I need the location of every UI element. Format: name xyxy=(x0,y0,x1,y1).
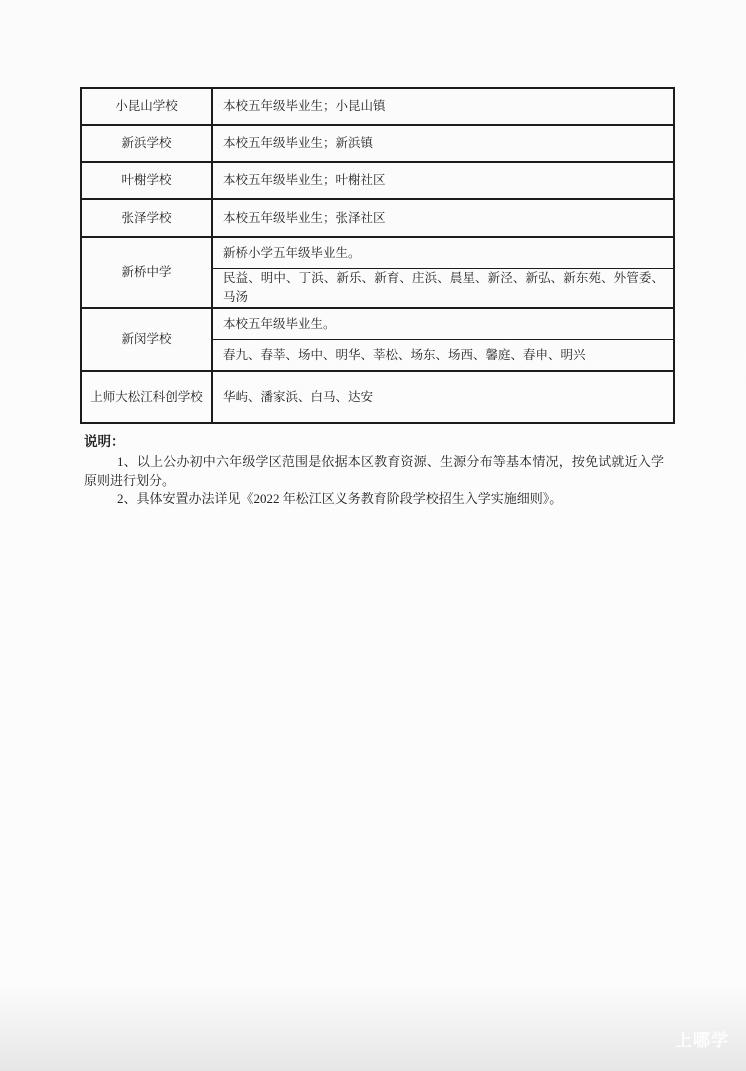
district-text: 春九、春莘、场中、明华、莘松、场东、场西、馨庭、春申、明兴 xyxy=(213,339,673,370)
table-row: 叶榭学校 本校五年级毕业生；叶榭社区 xyxy=(82,161,673,198)
district-text-line: 本校五年级毕业生；新浜镇 xyxy=(223,134,664,153)
note-item-1: 1、以上公办初中六年级学区范围是依据本区教育资源、生源分布等基本情况，按免试就近… xyxy=(84,453,664,490)
district-text-line: 本校五年级毕业生；叶榭社区 xyxy=(223,171,664,190)
district-cell: 华屿、潘家浜、白马、达安 xyxy=(213,372,673,422)
district-text-line: 民益、明中、丁浜、新乐、新育、庄浜、晨星、新泾、新弘、新东苑、外管委、马汤 xyxy=(223,269,664,307)
watermark-logo: 上哪学 xyxy=(675,1026,729,1051)
school-name-cell: 叶榭学校 xyxy=(82,163,213,198)
table-row: 新浜学校 本校五年级毕业生；新浜镇 xyxy=(82,124,673,161)
table-row: 新桥中学 新桥小学五年级毕业生。 民益、明中、丁浜、新乐、新育、庄浜、晨星、新泾… xyxy=(82,236,673,307)
district-text: 本校五年级毕业生；新浜镇 xyxy=(213,126,673,161)
note-item-2: 2、具体安置办法详见《2022 年松江区义务教育阶段学校招生入学实施细则》。 xyxy=(84,490,664,509)
school-name-cell: 新桥中学 xyxy=(82,238,213,307)
table-row: 小昆山学校 本校五年级毕业生；小昆山镇 xyxy=(82,89,673,124)
table-row: 新闵学校 本校五年级毕业生。 春九、春莘、场中、明华、莘松、场东、场西、馨庭、春… xyxy=(82,307,673,370)
district-cell: 本校五年级毕业生；叶榭社区 xyxy=(213,163,673,198)
school-district-table: 小昆山学校 本校五年级毕业生；小昆山镇 新浜学校 本校五年级毕业生；新浜镇 叶榭… xyxy=(80,87,675,424)
district-text: 民益、明中、丁浜、新乐、新育、庄浜、晨星、新泾、新弘、新东苑、外管委、马汤 xyxy=(213,268,673,307)
district-text-line: 本校五年级毕业生；小昆山镇 xyxy=(223,97,664,116)
district-text: 新桥小学五年级毕业生。 xyxy=(213,238,673,268)
document-page: 小昆山学校 本校五年级毕业生；小昆山镇 新浜学校 本校五年级毕业生；新浜镇 叶榭… xyxy=(0,0,746,1071)
district-text-line: 本校五年级毕业生；张泽社区 xyxy=(223,209,664,228)
notes-heading: 说明： xyxy=(84,432,664,451)
district-cell: 本校五年级毕业生；新浜镇 xyxy=(213,126,673,161)
district-text: 本校五年级毕业生；小昆山镇 xyxy=(213,89,673,124)
district-cell: 本校五年级毕业生；张泽社区 xyxy=(213,200,673,236)
district-cell: 本校五年级毕业生；小昆山镇 xyxy=(213,89,673,124)
district-cell: 新桥小学五年级毕业生。 民益、明中、丁浜、新乐、新育、庄浜、晨星、新泾、新弘、新… xyxy=(213,238,673,307)
school-name-cell: 上师大松江科创学校 xyxy=(82,372,213,422)
school-name-cell: 小昆山学校 xyxy=(82,89,213,124)
school-name-cell: 新闵学校 xyxy=(82,309,213,370)
district-cell: 本校五年级毕业生。 春九、春莘、场中、明华、莘松、场东、场西、馨庭、春申、明兴 xyxy=(213,309,673,370)
school-name-cell: 张泽学校 xyxy=(82,200,213,236)
table-row: 上师大松江科创学校 华屿、潘家浜、白马、达安 xyxy=(82,370,673,422)
district-text: 本校五年级毕业生。 xyxy=(213,309,673,339)
district-text: 华屿、潘家浜、白马、达安 xyxy=(213,372,673,422)
table-row: 张泽学校 本校五年级毕业生；张泽社区 xyxy=(82,198,673,236)
district-text-line: 春九、春莘、场中、明华、莘松、场东、场西、馨庭、春申、明兴 xyxy=(223,346,664,365)
district-text-line: 新桥小学五年级毕业生。 xyxy=(223,244,664,263)
notes-section: 说明： 1、以上公办初中六年级学区范围是依据本区教育资源、生源分布等基本情况，按… xyxy=(84,432,664,509)
school-name-cell: 新浜学校 xyxy=(82,126,213,161)
district-text-line: 本校五年级毕业生。 xyxy=(223,315,664,334)
district-text: 本校五年级毕业生；叶榭社区 xyxy=(213,163,673,198)
district-text: 本校五年级毕业生；张泽社区 xyxy=(213,200,673,236)
district-text-line: 华屿、潘家浜、白马、达安 xyxy=(223,388,664,407)
